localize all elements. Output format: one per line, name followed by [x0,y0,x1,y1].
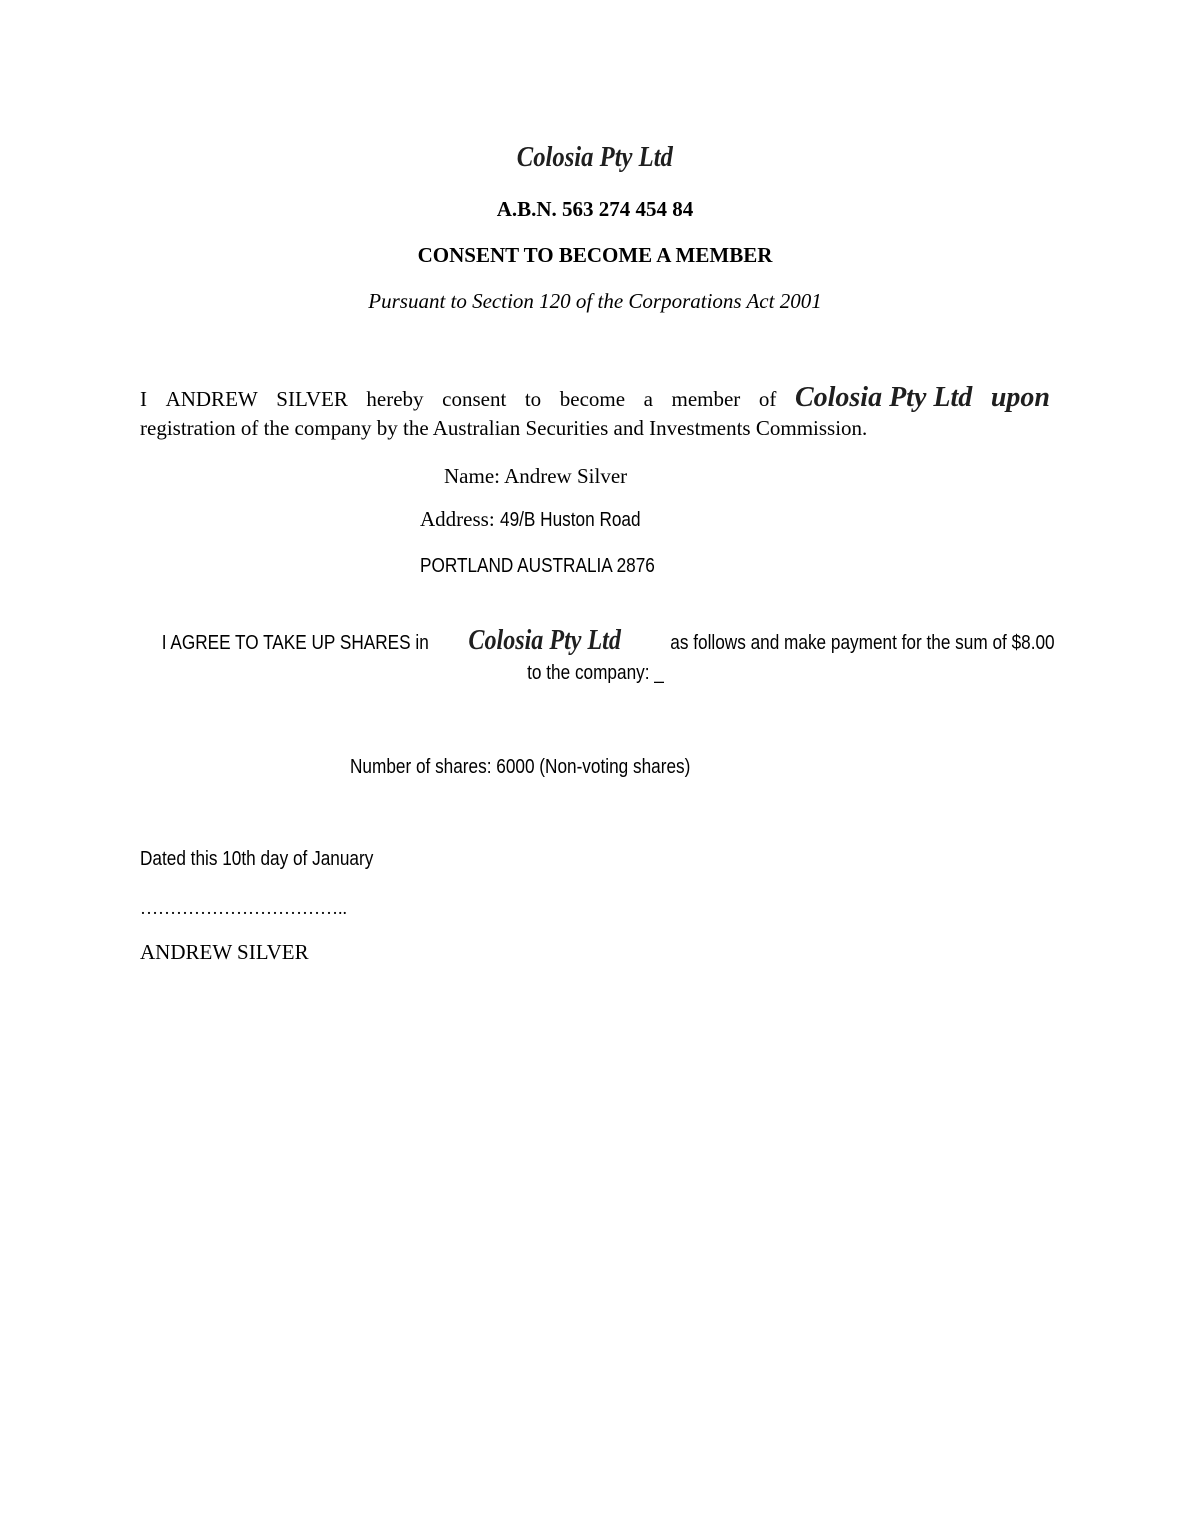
consent-word: hereby [366,385,423,414]
consent-word: I [140,385,147,414]
consent-company-name: Colosia Pty Ltd [795,383,972,412]
shares-agreement: I AGREE TO TAKE UP SHARES in Colosia Pty… [140,626,1050,688]
consent-word: to [525,385,541,414]
document-page: Colosia Pty Ltd A.B.N. 563 274 454 84 CO… [0,0,1190,1540]
consent-word: member [672,385,741,414]
document-subheading: Pursuant to Section 120 of the Corporati… [0,289,1190,314]
address-value: 49/B Huston Road [500,509,641,532]
consent-word: of [759,385,777,414]
consent-line-1: I ANDREW SILVER hereby consent to become… [140,383,1050,414]
signature-line: …………………………….. [140,898,347,919]
dated-line: Dated this 10th day of January [140,848,411,871]
agreement-line-1: I AGREE TO TAKE UP SHARES in Colosia Pty… [140,626,1050,658]
agreement-line-2-text: to the company: _ [527,658,664,688]
agreement-line-2: to the company: _ [140,658,1050,688]
agreement-company-name: Colosia Pty Ltd [468,626,621,656]
agreement-prefix: I AGREE TO TAKE UP SHARES in [162,628,429,658]
company-name: Colosia Pty Ltd [517,141,673,174]
consent-line-2: registration of the company by the Austr… [140,414,1050,443]
member-city-line: PORTLAND AUSTRALIA 2876 [420,555,693,578]
address-label: Address: [420,507,495,531]
consent-word: consent [442,385,506,414]
company-title: Colosia Pty Ltd [0,141,1190,174]
consent-paragraph: I ANDREW SILVER hereby consent to become… [140,383,1050,443]
abn-number: A.B.N. 563 274 454 84 [0,197,1190,222]
document-heading: CONSENT TO BECOME A MEMBER [0,243,1190,268]
shares-text: Number of shares: 6000 (Non-voting share… [350,756,690,779]
consent-word-upon: upon [991,383,1050,412]
member-address-line: Address: 49/B Huston Road [420,507,663,532]
member-name-line: Name: Andrew Silver [444,464,627,489]
number-of-shares: Number of shares: 6000 (Non-voting share… [350,756,746,779]
consent-word: SILVER [276,385,348,414]
consent-word: a [644,385,653,414]
consent-word: ANDREW [166,385,258,414]
name-value: Andrew Silver [504,464,627,488]
name-label: Name: [444,464,500,488]
consent-word: become [560,385,625,414]
dated-text: Dated this 10th day of January [140,848,373,871]
signatory-name: ANDREW SILVER [140,940,309,965]
city-text: PORTLAND AUSTRALIA 2876 [420,555,655,578]
agreement-suffix: as follows and make payment for the sum … [670,628,1054,658]
